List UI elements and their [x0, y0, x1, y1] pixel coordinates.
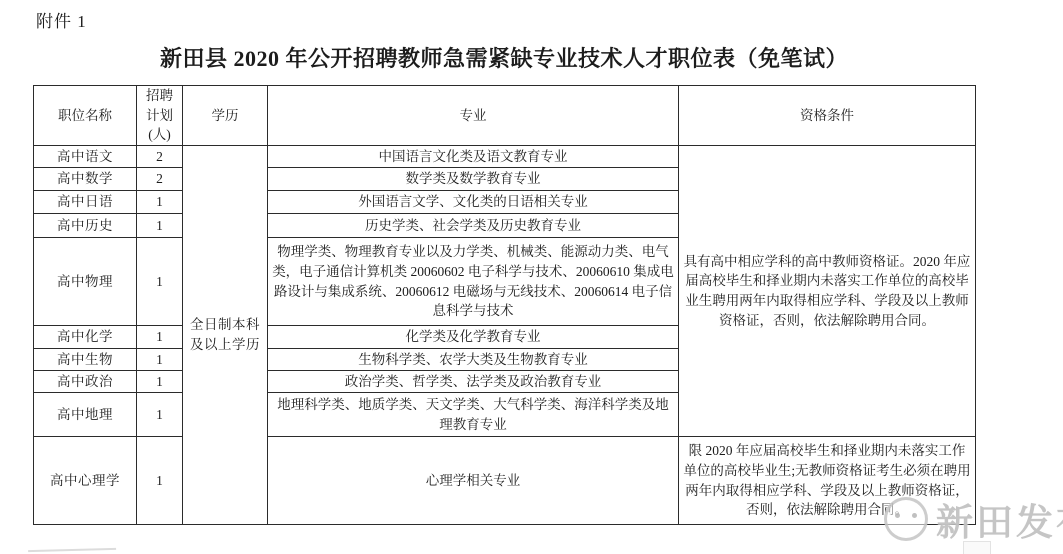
- major-cell: 地理科学类、地质学类、天文学类、大气科学类、海洋科学类及地理教育专业: [268, 393, 679, 437]
- count-cell: 1: [137, 349, 183, 371]
- count-cell: 1: [137, 191, 183, 214]
- count-cell: 2: [137, 146, 183, 168]
- major-cell: 生物科学类、农学大类及生物教育专业: [268, 349, 679, 371]
- col-header-position: 职位名称: [34, 86, 137, 146]
- col-header-plan-line1: 招聘: [141, 86, 178, 106]
- major-cell: 历史学类、社会学类及历史教育专业: [268, 214, 679, 238]
- job-positions-table: 职位名称 招聘 计划 (人) 学历 专业 资格条件 高中语文 2 全日制本科及以…: [33, 85, 976, 525]
- major-cell: 化学类及化学教育专业: [268, 326, 679, 349]
- count-cell: 2: [137, 168, 183, 191]
- table-header-row: 职位名称 招聘 计划 (人) 学历 专业 资格条件: [34, 86, 976, 146]
- count-cell: 1: [137, 326, 183, 349]
- table-row: 高中心理学 1 心理学相关专业 限 2020 年应届高校毕生和择业期内未落实工作…: [34, 437, 976, 525]
- col-header-plan-line2: 计划: [141, 106, 178, 126]
- position-cell: 高中历史: [34, 214, 137, 238]
- education-merged-cell: 全日制本科及以上学历: [183, 146, 268, 525]
- count-cell: 1: [137, 371, 183, 393]
- qualification-main-cell: 具有高中相应学科的高中教师资格证。2020 年应届高校毕生和择业期内未落实工作单…: [679, 146, 976, 437]
- col-header-major: 专业: [268, 86, 679, 146]
- position-cell: 高中政治: [34, 371, 137, 393]
- position-cell: 高中物理: [34, 238, 137, 326]
- position-cell: 高中数学: [34, 168, 137, 191]
- position-cell: 高中地理: [34, 393, 137, 437]
- major-cell: 数学类及数学教育专业: [268, 168, 679, 191]
- col-header-plan: 招聘 计划 (人): [137, 86, 183, 146]
- position-cell: 高中生物: [34, 349, 137, 371]
- major-cell: 政治学类、哲学类、法学类及政治教育专业: [268, 371, 679, 393]
- count-cell: 1: [137, 214, 183, 238]
- qualification-psychology-cell: 限 2020 年应届高校毕生和择业期内未落实工作单位的高校毕业生;无教师资格证考…: [679, 437, 976, 525]
- page-title: 新田县 2020 年公开招聘教师急需紧缺专业技术人才职位表（免笔试）: [33, 42, 975, 73]
- major-cell: 外国语言文学、文化类的日语相关专业: [268, 191, 679, 214]
- scan-artifact-bottom-right: [963, 541, 991, 554]
- position-cell: 高中化学: [34, 326, 137, 349]
- table-row: 高中语文 2 全日制本科及以上学历 中国语言文化类及语文教育专业 具有高中相应学…: [34, 146, 976, 168]
- scan-artifact-bottom-left: [28, 540, 116, 552]
- col-header-plan-line3: (人): [141, 125, 178, 145]
- count-cell: 1: [137, 238, 183, 326]
- col-header-qualification: 资格条件: [679, 86, 976, 146]
- position-cell: 高中语文: [34, 146, 137, 168]
- count-cell: 1: [137, 393, 183, 437]
- major-cell: 物理学类、物理教育专业以及力学类、机械类、能源动力类、电气类，电子通信计算机类 …: [268, 238, 679, 326]
- position-cell: 高中心理学: [34, 437, 137, 525]
- attachment-label: 附件 1: [36, 7, 87, 32]
- major-cell: 心理学相关专业: [268, 437, 679, 525]
- major-cell: 中国语言文化类及语文教育专业: [268, 146, 679, 168]
- count-cell: 1: [137, 437, 183, 525]
- position-cell: 高中日语: [34, 191, 137, 214]
- col-header-education: 学历: [183, 86, 268, 146]
